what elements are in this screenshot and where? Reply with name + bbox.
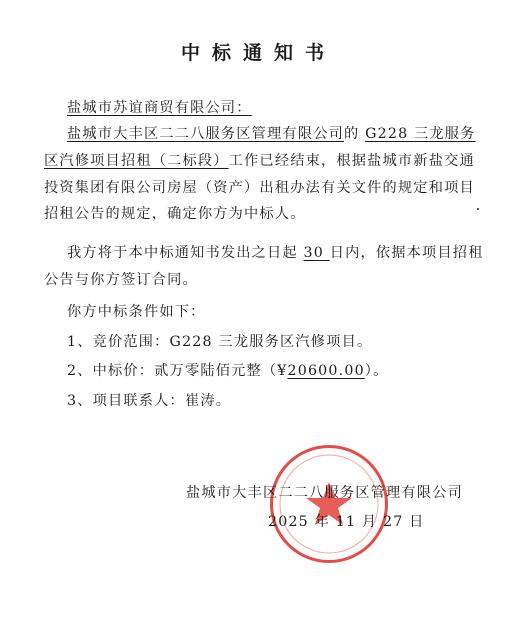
text: 日内，依据本项目招租 [330,245,484,261]
paragraph1-line1: 盐城市大丰区二二八服务区管理有限公司的 G228 三龙服务 [67,125,467,143]
signature-date: 2025 年 11 月 27 日 [268,511,425,531]
paragraph2-line1: 我方将于本中标通知书发出之日起 30 日内，依据本项目招租 [67,244,467,262]
condition-item: 1、竞价范围：G228 三龙服务区汽修项目。 [67,333,467,351]
text: ）。 [365,363,389,379]
signature-company: 盐城市大丰区二二八服务区管理有限公司 [186,482,463,502]
text: 2、中标价：贰万零陆佰元整（¥ [67,363,288,379]
conditions-intro: 你方中标条件如下： [67,303,467,321]
star-icon [273,448,385,560]
document-title: 中标通知书 [0,38,505,65]
condition-item: 2、中标价：贰万零陆佰元整（¥20600.00）。 [67,362,467,380]
condition-item: 3、项目联系人：崔涛。 [67,392,467,410]
bid-amount: 20600.00 [288,363,365,379]
recipient: 盐城市苏谊商贸有限公司： [67,99,467,117]
issuer-company: 盐城市大丰区二二八服务区管理有限公司 [67,126,344,142]
paragraph1-line4: 招租公告的规定，确定你方为中标人。 [44,205,444,223]
text: 我方将于本中标通知书发出之日起 [67,245,304,261]
scan-speck [477,208,479,210]
paragraph1-line3: 投资集团有限公司房屋（资产）出租办法有关文件的规定和项目 [44,179,444,197]
paragraph1-line2: 区汽修项目招租（二标段）工作已经结束，根据盐城市新盐交通 [44,152,444,170]
text: 工作已经结束，根据盐城市新盐交通 [229,153,475,169]
project-name-part1: G228 三龙服务 [365,126,475,142]
days-count: 30 [304,245,330,261]
paragraph2-line2: 公告与你方签订合同。 [44,271,444,289]
text: 的 [344,126,365,142]
company-seal [270,445,388,563]
project-name-part2: 区汽修项目招租（二标段） [44,153,229,169]
